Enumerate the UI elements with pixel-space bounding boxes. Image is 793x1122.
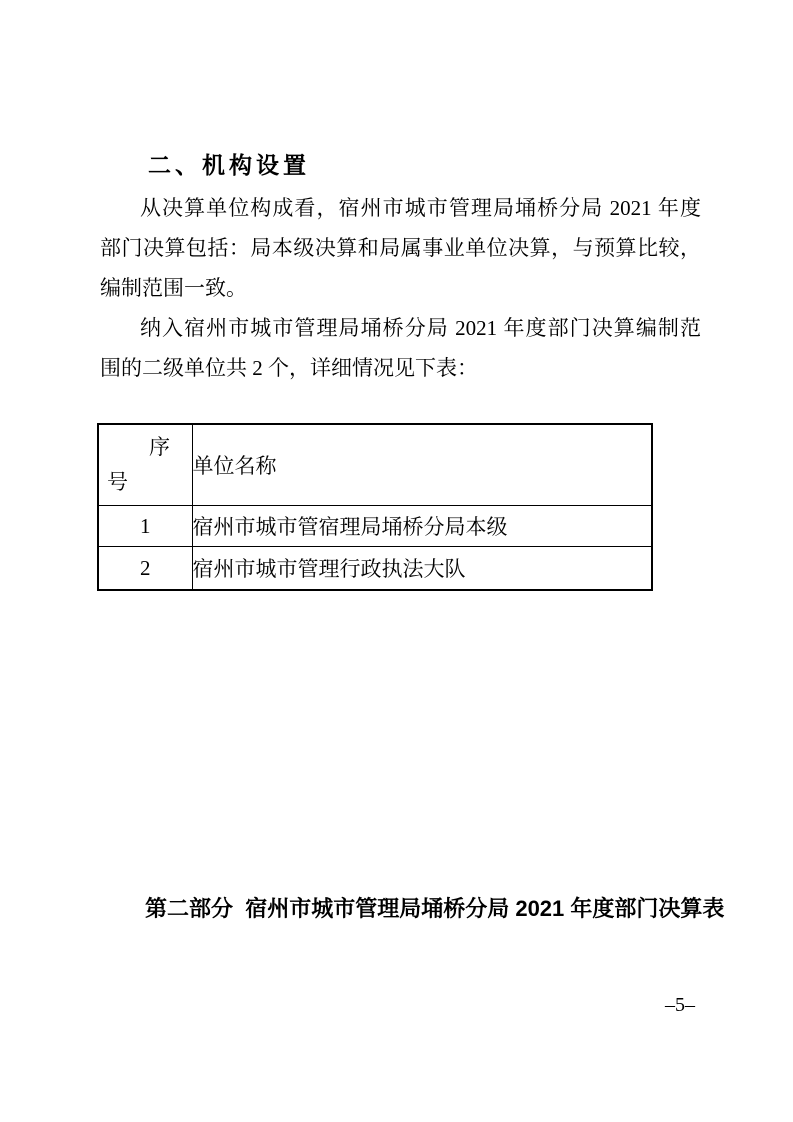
table-row: 2 宿州市城市管理行政执法大队 (98, 547, 652, 591)
row-1-serial: 1 (98, 506, 192, 547)
paragraph-1-line-1: 从决算单位构成看，宿州市城市管理局埇桥分局 2021 年度 (100, 188, 701, 228)
units-table: 序号 单位名称 1 宿州市城市管宿理局埇桥分局本级 2 宿州市城市管理行政执法大… (97, 423, 653, 591)
page-number: –5– (655, 992, 705, 1018)
table-header-serial-cell: 序号 (98, 424, 192, 506)
section-heading: 二、机构设置 (148, 147, 310, 180)
col-header-serial: 序号 (99, 430, 192, 500)
table-row: 1 宿州市城市管宿理局埇桥分局本级 (98, 506, 652, 547)
col-header-unit-name: 单位名称 (192, 424, 652, 506)
paragraph-2: 纳入宿州市城市管理局埇桥分局 2021 年度部门决算编制范 围的二级单位共 2 … (100, 308, 701, 388)
part2-heading: 第二部分 宿州市城市管理局埇桥分局 2021 年度部门决算表 (145, 893, 724, 925)
table-header-row: 序号 单位名称 (98, 424, 652, 506)
document-page: 二、机构设置 从决算单位构成看，宿州市城市管理局埇桥分局 2021 年度 部门决… (0, 0, 793, 1122)
row-2-serial: 2 (98, 547, 192, 591)
paragraph-2-line-1: 纳入宿州市城市管理局埇桥分局 2021 年度部门决算编制范 (100, 308, 701, 348)
paragraph-1-line-2: 部门决算包括：局本级决算和局属事业单位决算，与预算比较， (100, 228, 701, 268)
row-2-unit-name: 宿州市城市管理行政执法大队 (192, 547, 652, 591)
paragraph-1: 从决算单位构成看，宿州市城市管理局埇桥分局 2021 年度 部门决算包括：局本级… (100, 188, 701, 308)
paragraph-2-line-2: 围的二级单位共 2 个，详细情况见下表： (100, 348, 701, 388)
row-1-unit-name: 宿州市城市管宿理局埇桥分局本级 (192, 506, 652, 547)
paragraph-1-line-3: 编制范围一致。 (100, 268, 701, 308)
